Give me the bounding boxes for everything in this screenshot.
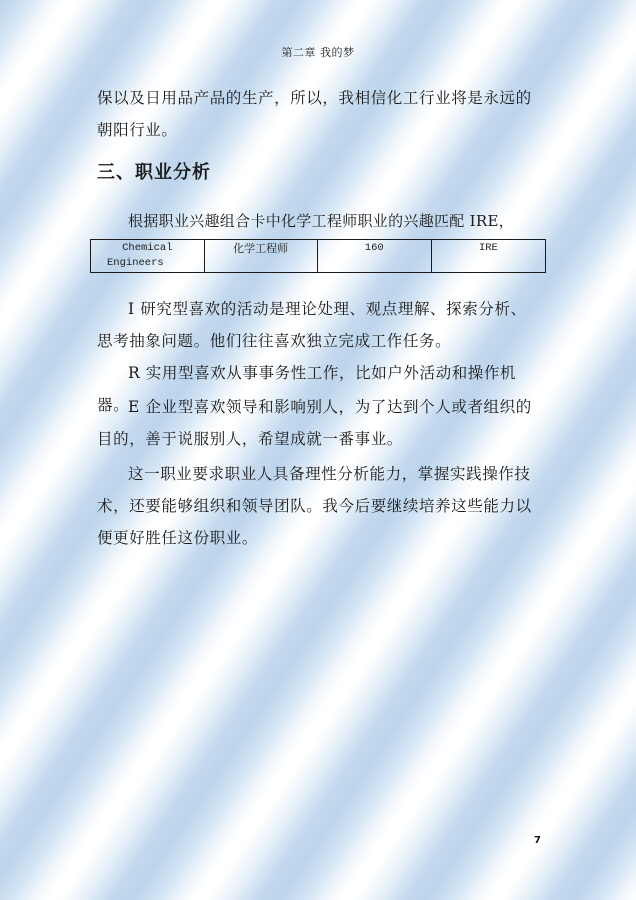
paragraph-type-i: I 研究型喜欢的活动是理论处理、观点理解、探索分析、思考抽象问题。他们往往喜欢独…	[97, 293, 542, 357]
table-row: Chemical Engineers 化学工程师 160 IRE	[91, 240, 546, 273]
english-name-line-2: Engineers	[93, 256, 202, 271]
section-heading: 三、职业分析	[97, 158, 211, 184]
running-header: 第二章 我的梦	[0, 44, 636, 60]
table-cell-interest-type: IRE	[431, 240, 545, 273]
english-name-line-1: Chemical	[93, 241, 202, 256]
paragraph-type-e: E 企业型喜欢领导和影响别人，为了达到个人或者组织的目的，善于说服别人，希望成就…	[97, 391, 542, 455]
table-cell-chinese-name: 化学工程师	[204, 240, 317, 273]
paragraph-conclusion: 这一职业要求职业人具备理性分析能力，掌握实践操作技术，还要能够组织和领导团队。我…	[97, 458, 542, 554]
page-number: 7	[534, 835, 541, 846]
paragraph-intro-continuation: 保以及日用品产品的生产，所以，我相信化工行业将是永远的朝阳行业。	[97, 82, 542, 146]
document-page: 第二章 我的梦 保以及日用品产品的生产，所以，我相信化工行业将是永远的朝阳行业。…	[0, 0, 636, 900]
career-profile-table: Chemical Engineers 化学工程师 160 IRE	[90, 239, 546, 273]
table-cell-code: 160	[317, 240, 431, 273]
table-cell-english-name: Chemical Engineers	[91, 240, 205, 273]
paragraph-interest-match-intro: 根据职业兴趣组合卡中化学工程师职业的兴趣匹配 IRE，	[97, 205, 542, 237]
